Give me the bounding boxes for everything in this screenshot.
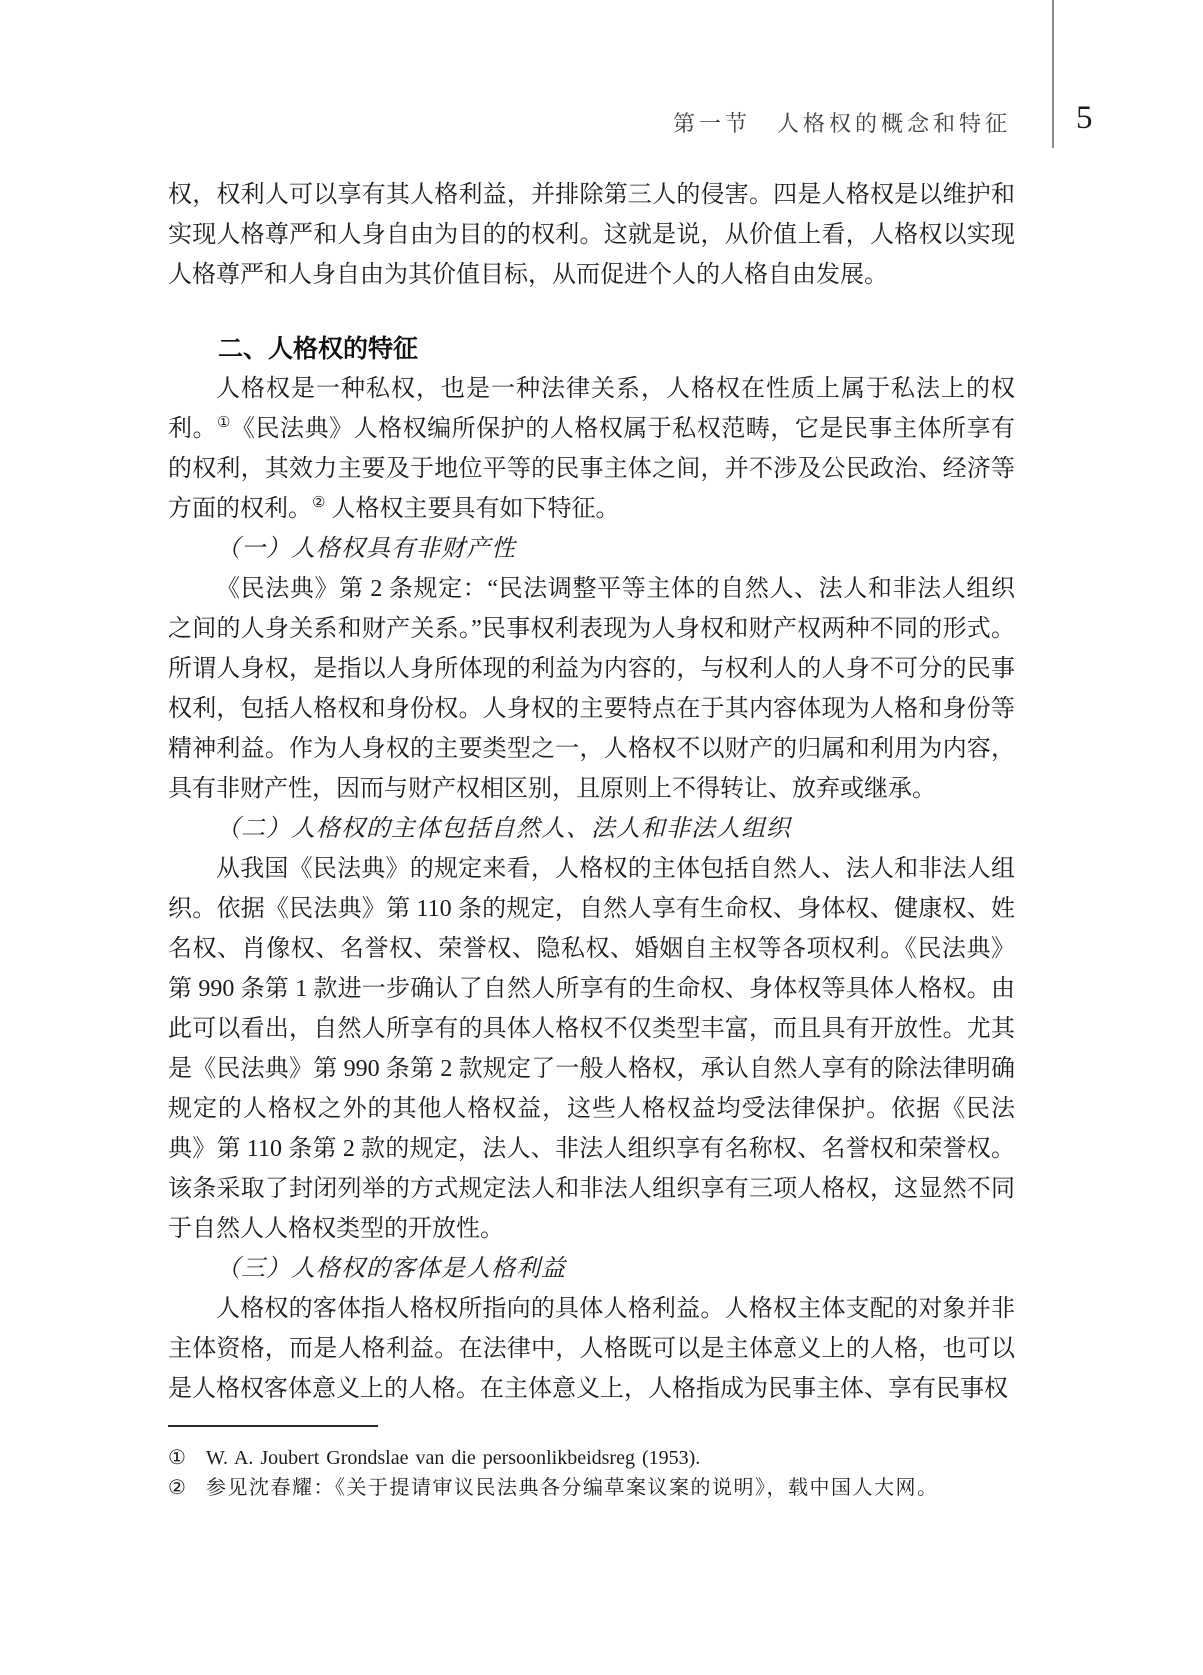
footnote-number: ②: [168, 1473, 206, 1503]
footnote-text: W. A. Joubert Grondslae van die persoonl…: [206, 1443, 700, 1473]
subsection-heading-3: （三）人格权的客体是人格利益: [168, 1249, 1015, 1289]
paragraph-intro: 人格权是一种私权，也是一种法律关系，人格权在性质上属于私法上的权利。①《民法典》…: [168, 369, 1015, 529]
page-body: 权，权利人可以享有其人格利益，并排除第三人的侵害。四是人格权是以维护和实现人格尊…: [168, 175, 1015, 1409]
paragraph-sub2: 从我国《民法典》的规定来看，人格权的主体包括自然人、法人和非法人组织。依据《民法…: [168, 849, 1015, 1249]
paragraph-continuation: 权，权利人可以享有其人格利益，并排除第三人的侵害。四是人格权是以维护和实现人格尊…: [168, 175, 1015, 295]
paragraph-sub1: 《民法典》第 2 条规定：“民法调整平等主体的自然人、法人和非法人组织之间的人身…: [168, 569, 1015, 809]
subsection-heading-2: （二）人格权的主体包括自然人、法人和非法人组织: [168, 809, 1015, 849]
paragraph-sub3: 人格权的客体指人格权所指向的具体人格利益。人格权主体支配的对象并非主体资格，而是…: [168, 1289, 1015, 1409]
header-divider-rule: [1052, 0, 1054, 148]
footnote-number: ①: [168, 1443, 206, 1473]
section-heading: 二、人格权的特征: [168, 329, 1015, 369]
footnote-divider-rule: [168, 1425, 378, 1427]
paragraph-intro-text: 人格权主要具有如下特征。: [325, 496, 619, 522]
footnote-marker-1: ①: [217, 415, 231, 431]
running-header-section-title: 第一节 人格权的概念和特征: [673, 107, 1011, 138]
footnote-item: ① W. A. Joubert Grondslae van die persoo…: [168, 1443, 1015, 1473]
footnote-marker-2: ②: [312, 495, 325, 511]
page-number: 5: [1076, 100, 1093, 137]
footnote-text: 参见沈春耀：《关于提请审议民法典各分编草案议案的说明》，载中国人大网。: [206, 1473, 939, 1503]
subsection-heading-1: （一）人格权具有非财产性: [168, 529, 1015, 569]
footnote-item: ② 参见沈春耀：《关于提请审议民法典各分编草案议案的说明》，载中国人大网。: [168, 1473, 1015, 1503]
footnote-block: ① W. A. Joubert Grondslae van die persoo…: [168, 1425, 1015, 1503]
